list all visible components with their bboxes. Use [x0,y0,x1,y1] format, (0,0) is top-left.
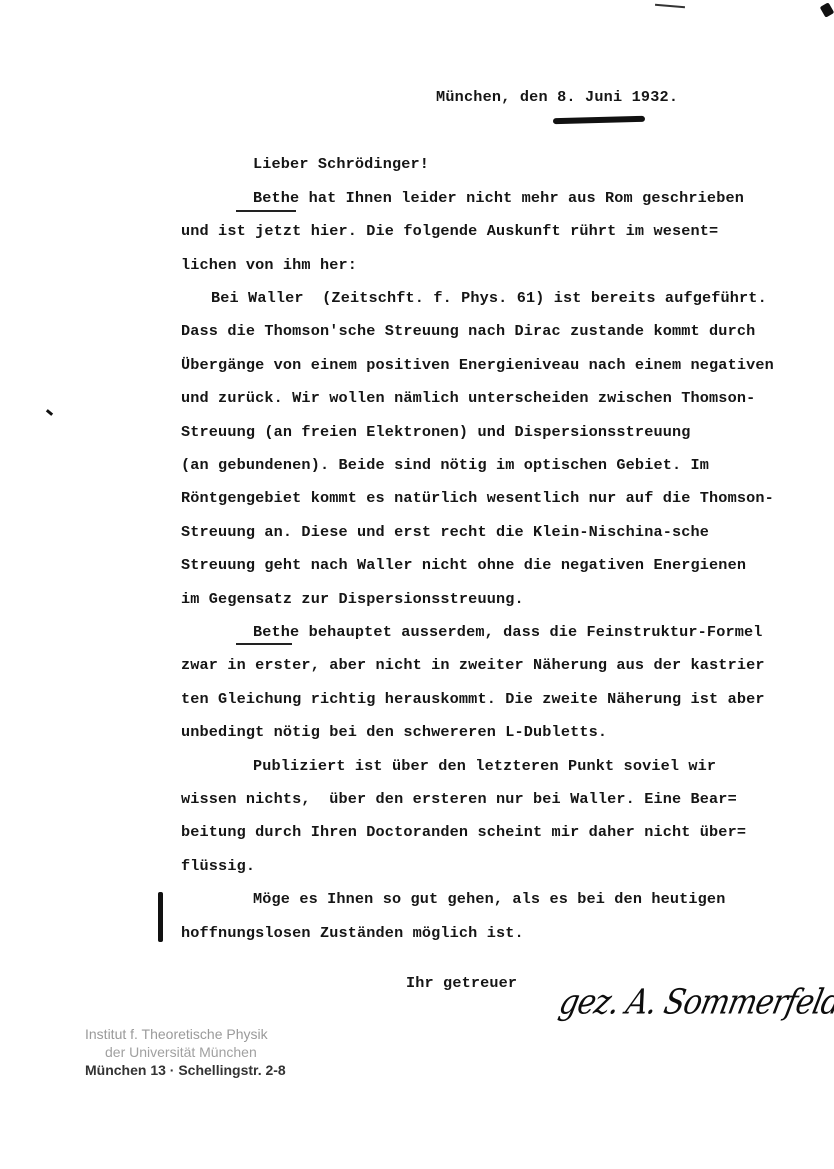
ink-blot [820,2,834,17]
signature: gez. A. Sommerfeld [556,982,834,1022]
paragraph-2-line-6: (an gebundenen). Beide sind nötig im opt… [181,456,709,474]
bethe-underline [236,210,296,212]
stamp-line-3: München 13 · Schellingstr. 2-8 [85,1061,286,1079]
paragraph-3-line-1: Bethe behauptet ausserdem, dass die Fein… [253,623,763,641]
paragraph-5-line-1: Möge es Ihnen so gut gehen, als es bei d… [253,890,725,908]
stamp-line-2: der Universität München [85,1043,286,1061]
paragraph-1-line-2: und ist jetzt hier. Die folgende Auskunf… [181,222,718,240]
letter-page: München, den 8. Juni 1932. Lieber Schröd… [0,0,834,1169]
salutation: Lieber Schrödinger! [253,155,429,173]
stamp-line-1: Institut f. Theoretische Physik [85,1025,286,1043]
paragraph-2-line-8: Streuung an. Diese und erst recht die Kl… [181,523,709,541]
paragraph-3-line-2: zwar in erster, aber nicht in zweiter Nä… [181,656,765,674]
paragraph-2-line-4: und zurück. Wir wollen nämlich untersche… [181,389,755,407]
paragraph-2-line-2: Dass die Thomson'sche Streuung nach Dira… [181,322,755,340]
paragraph-4-line-2: wissen nichts, über den ersteren nur bei… [181,790,737,808]
paragraph-1-line-1: Bethe hat Ihnen leider nicht mehr aus Ro… [253,189,744,207]
margin-bar-mark [158,892,163,942]
place-date: München, den 8. Juni 1932. [436,88,678,106]
paragraph-2-line-9: Streuung geht nach Waller nicht ohne die… [181,556,746,574]
paragraph-4-line-3: beitung durch Ihren Doctoranden scheint … [181,823,746,841]
date-underline-mark [553,116,645,124]
paragraph-4-line-1: Publiziert ist über den letzteren Punkt … [253,757,716,775]
paragraph-1-line-3: lichen von ihm her: [181,256,357,274]
paragraph-2-line-10: im Gegensatz zur Dispersionsstreuung. [181,590,524,608]
paragraph-2-line-7: Röntgengebiet kommt es natürlich wesentl… [181,489,774,507]
paragraph-5-line-2: hoffnungslosen Zuständen möglich ist. [181,924,524,942]
paragraph-2-line-5: Streuung (an freien Elektronen) und Disp… [181,423,691,441]
margin-mark [46,409,53,416]
pencil-mark [655,4,685,9]
paragraph-2-line-3: Übergänge von einem positiven Energieniv… [181,356,774,374]
closing: Ihr getreuer [406,974,517,992]
paragraph-3-line-3: ten Gleichung richtig herauskommt. Die z… [181,690,765,708]
paragraph-2-line-1: Bei Waller (Zeitschft. f. Phys. 61) ist … [211,289,767,307]
bethe-underline-2 [236,643,292,645]
paragraph-4-line-4: flüssig. [181,857,255,875]
paragraph-3-line-4: unbedingt nötig bei den schwereren L-Dub… [181,723,607,741]
institute-stamp: Institut f. Theoretische Physik der Univ… [85,1025,286,1079]
